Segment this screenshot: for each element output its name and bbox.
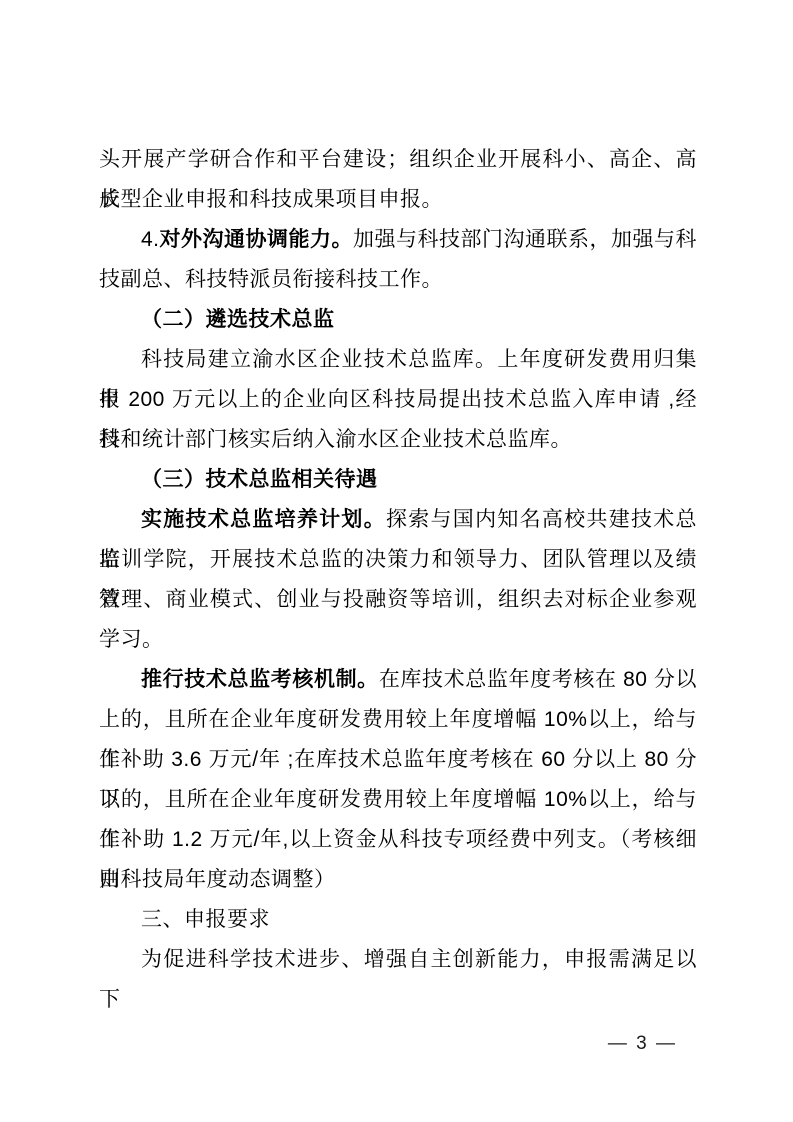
text-line: 报 200 万元以上的企业向区科技局提出技术总监入库申请 ,经科 <box>99 380 697 420</box>
text-line: 4.对外沟通协调能力。加强与科技部门沟通联系，加强与科 <box>99 220 697 260</box>
page-number: — 3 — <box>608 1031 677 1057</box>
document-body: 头开展产学研合作和平台建设；组织企业开展科小、高企、高成长型企业申报和科技成果项… <box>99 140 697 980</box>
text-line: 作补助 3.6 万元/年 ;在库技术总监年度考核在 60 分以上 80 分以 <box>99 740 697 780</box>
text-run-bold: 推行技术总监考核机制。 <box>141 668 379 691</box>
text-run-bold: 实施技术总监培养计划。 <box>141 508 386 531</box>
text-line: 培训学院，开展技术总监的决策力和领导力、团队管理以及绩效 <box>99 540 697 580</box>
text-line: 长型企业申报和科技成果项目申报。 <box>99 180 697 220</box>
text-run: 技和统计部门核实后纳入渝水区企业技术总监库。 <box>99 428 572 451</box>
text-line: 实施技术总监培养计划。探索与国内知名高校共建技术总监 <box>99 500 697 540</box>
text-run: 由科技局年度动态调整） <box>99 868 336 891</box>
text-line: 学习。 <box>99 620 697 660</box>
text-line: 为促进科学技术进步、增强自主创新能力，申报需满足以下 <box>99 940 697 980</box>
text-run: 长型企业申报和科技成果项目申报。 <box>99 188 443 211</box>
text-line: （三）技术总监相关待遇 <box>99 460 697 500</box>
text-line: 下的，且所在企业年度研发费用较上年度增幅 10%以上，给与工 <box>99 780 697 820</box>
text-run: 学习。 <box>99 628 164 651</box>
text-line: 推行技术总监考核机制。在库技术总监年度考核在 80 分以 <box>99 660 697 700</box>
text-line: 头开展产学研合作和平台建设；组织企业开展科小、高企、高成 <box>99 140 697 180</box>
text-line: 由科技局年度动态调整） <box>99 860 697 900</box>
text-line: 三、申报要求 <box>99 900 697 940</box>
text-run: 管理、商业模式、创业与投融资等培训，组织去对标企业参观 <box>99 588 697 611</box>
text-run: 4. <box>141 228 160 251</box>
text-run-bold: 对外沟通协调能力。 <box>160 228 354 251</box>
text-run: 加强与科技部门沟通联系，加强与科 <box>353 228 697 251</box>
text-run: 三、申报要求 <box>141 908 270 931</box>
text-line: 管理、商业模式、创业与投融资等培训，组织去对标企业参观 <box>99 580 697 620</box>
text-run: 在库技术总监年度考核在 80 分以 <box>379 668 697 691</box>
text-run-bold: （二）遴选技术总监 <box>141 308 335 331</box>
text-line: 技和统计部门核实后纳入渝水区企业技术总监库。 <box>99 420 697 460</box>
text-line: 技副总、科技特派员衔接科技工作。 <box>99 260 697 300</box>
text-line: （二）遴选技术总监 <box>99 300 697 340</box>
text-line: 科技局建立渝水区企业技术总监库。上年度研发费用归集申 <box>99 340 697 380</box>
text-run-bold: （三）技术总监相关待遇 <box>141 468 378 491</box>
text-line: 上的，且所在企业年度研发费用较上年度增幅 10%以上，给与工 <box>99 700 697 740</box>
text-line: 作补助 1.2 万元/年,以上资金从科技专项经费中列支。（考核细则 <box>99 820 697 860</box>
document-page: 头开展产学研合作和平台建设；组织企业开展科小、高企、高成长型企业申报和科技成果项… <box>0 0 793 1122</box>
text-run: 技副总、科技特派员衔接科技工作。 <box>99 268 443 291</box>
text-run: 为促进科学技术进步、增强自主创新能力，申报需满足以下 <box>99 948 697 1011</box>
